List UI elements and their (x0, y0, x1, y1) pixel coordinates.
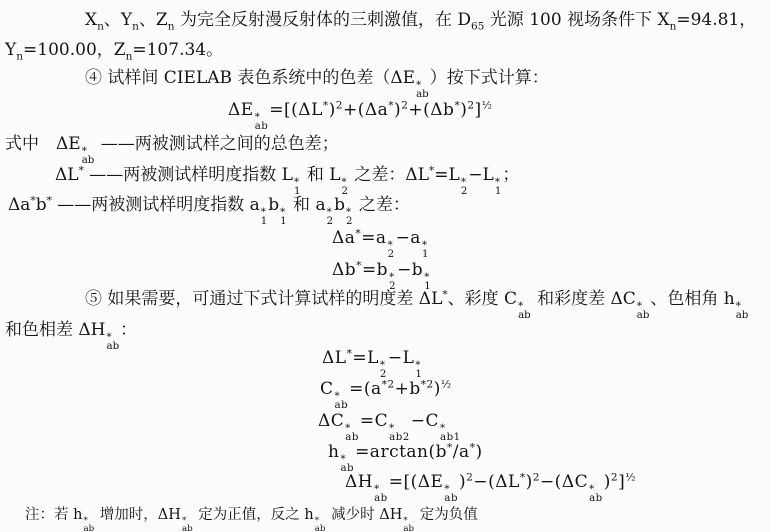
formula-delta-l: ΔL*=L*2−L*1 (322, 346, 423, 381)
legend-delta-e-description: 式中 ΔE*ab ——两被测试样之间的总色差； (5, 132, 339, 167)
item5-line1: ⑤ 如果需要，可通过下式计算试样的明度差 ΔL*、彩度 C*ab 和彩度差 ΔC… (85, 287, 749, 322)
item4-heading: ④ 试样间 CIELAB 表色系统中的色差（ΔE*ab）按下式计算： (85, 66, 549, 101)
formula-delta-hue: ΔH*ab=[(ΔE*ab)2−(ΔL*)2−(ΔC*ab)2]½ (345, 470, 636, 505)
formula-delta-a: Δa*=a*2−a*1 (332, 226, 430, 261)
formula-chroma: C*ab=(a*2+b*2)½ (320, 377, 452, 412)
scanned-standard-page: Xn、Yn、Zn 为完全反射漫反射体的三刺激值，在 D65 光源 100 视场条… (0, 0, 770, 532)
intro-tristimulus-line2: Yn=100.00，Zn=107.34。 (5, 38, 223, 63)
formula-delta-chroma: ΔC*ab=C*ab2−C*ab1 (318, 409, 462, 444)
formula-total-color-difference: ΔE*ab=[(ΔL*)2+(Δa*)2+(Δb*)2]½ (228, 98, 492, 133)
intro-tristimulus-line1: Xn、Yn、Zn 为完全反射漫反射体的三刺激值，在 D65 光源 100 视场条… (85, 8, 756, 33)
item5-line2: 和色相差 ΔH*ab： (5, 318, 137, 353)
legend-delta-ab-description: Δa*b* ——两被测试样明度指数 a*1b*1 和 a*2b*2 之差： (8, 193, 410, 228)
footnote-hue-sign-convention: 注：若 h*ab 增加时，ΔH*ab 定为正值，反之 h*ab 减少时 ΔH*a… (25, 505, 478, 532)
